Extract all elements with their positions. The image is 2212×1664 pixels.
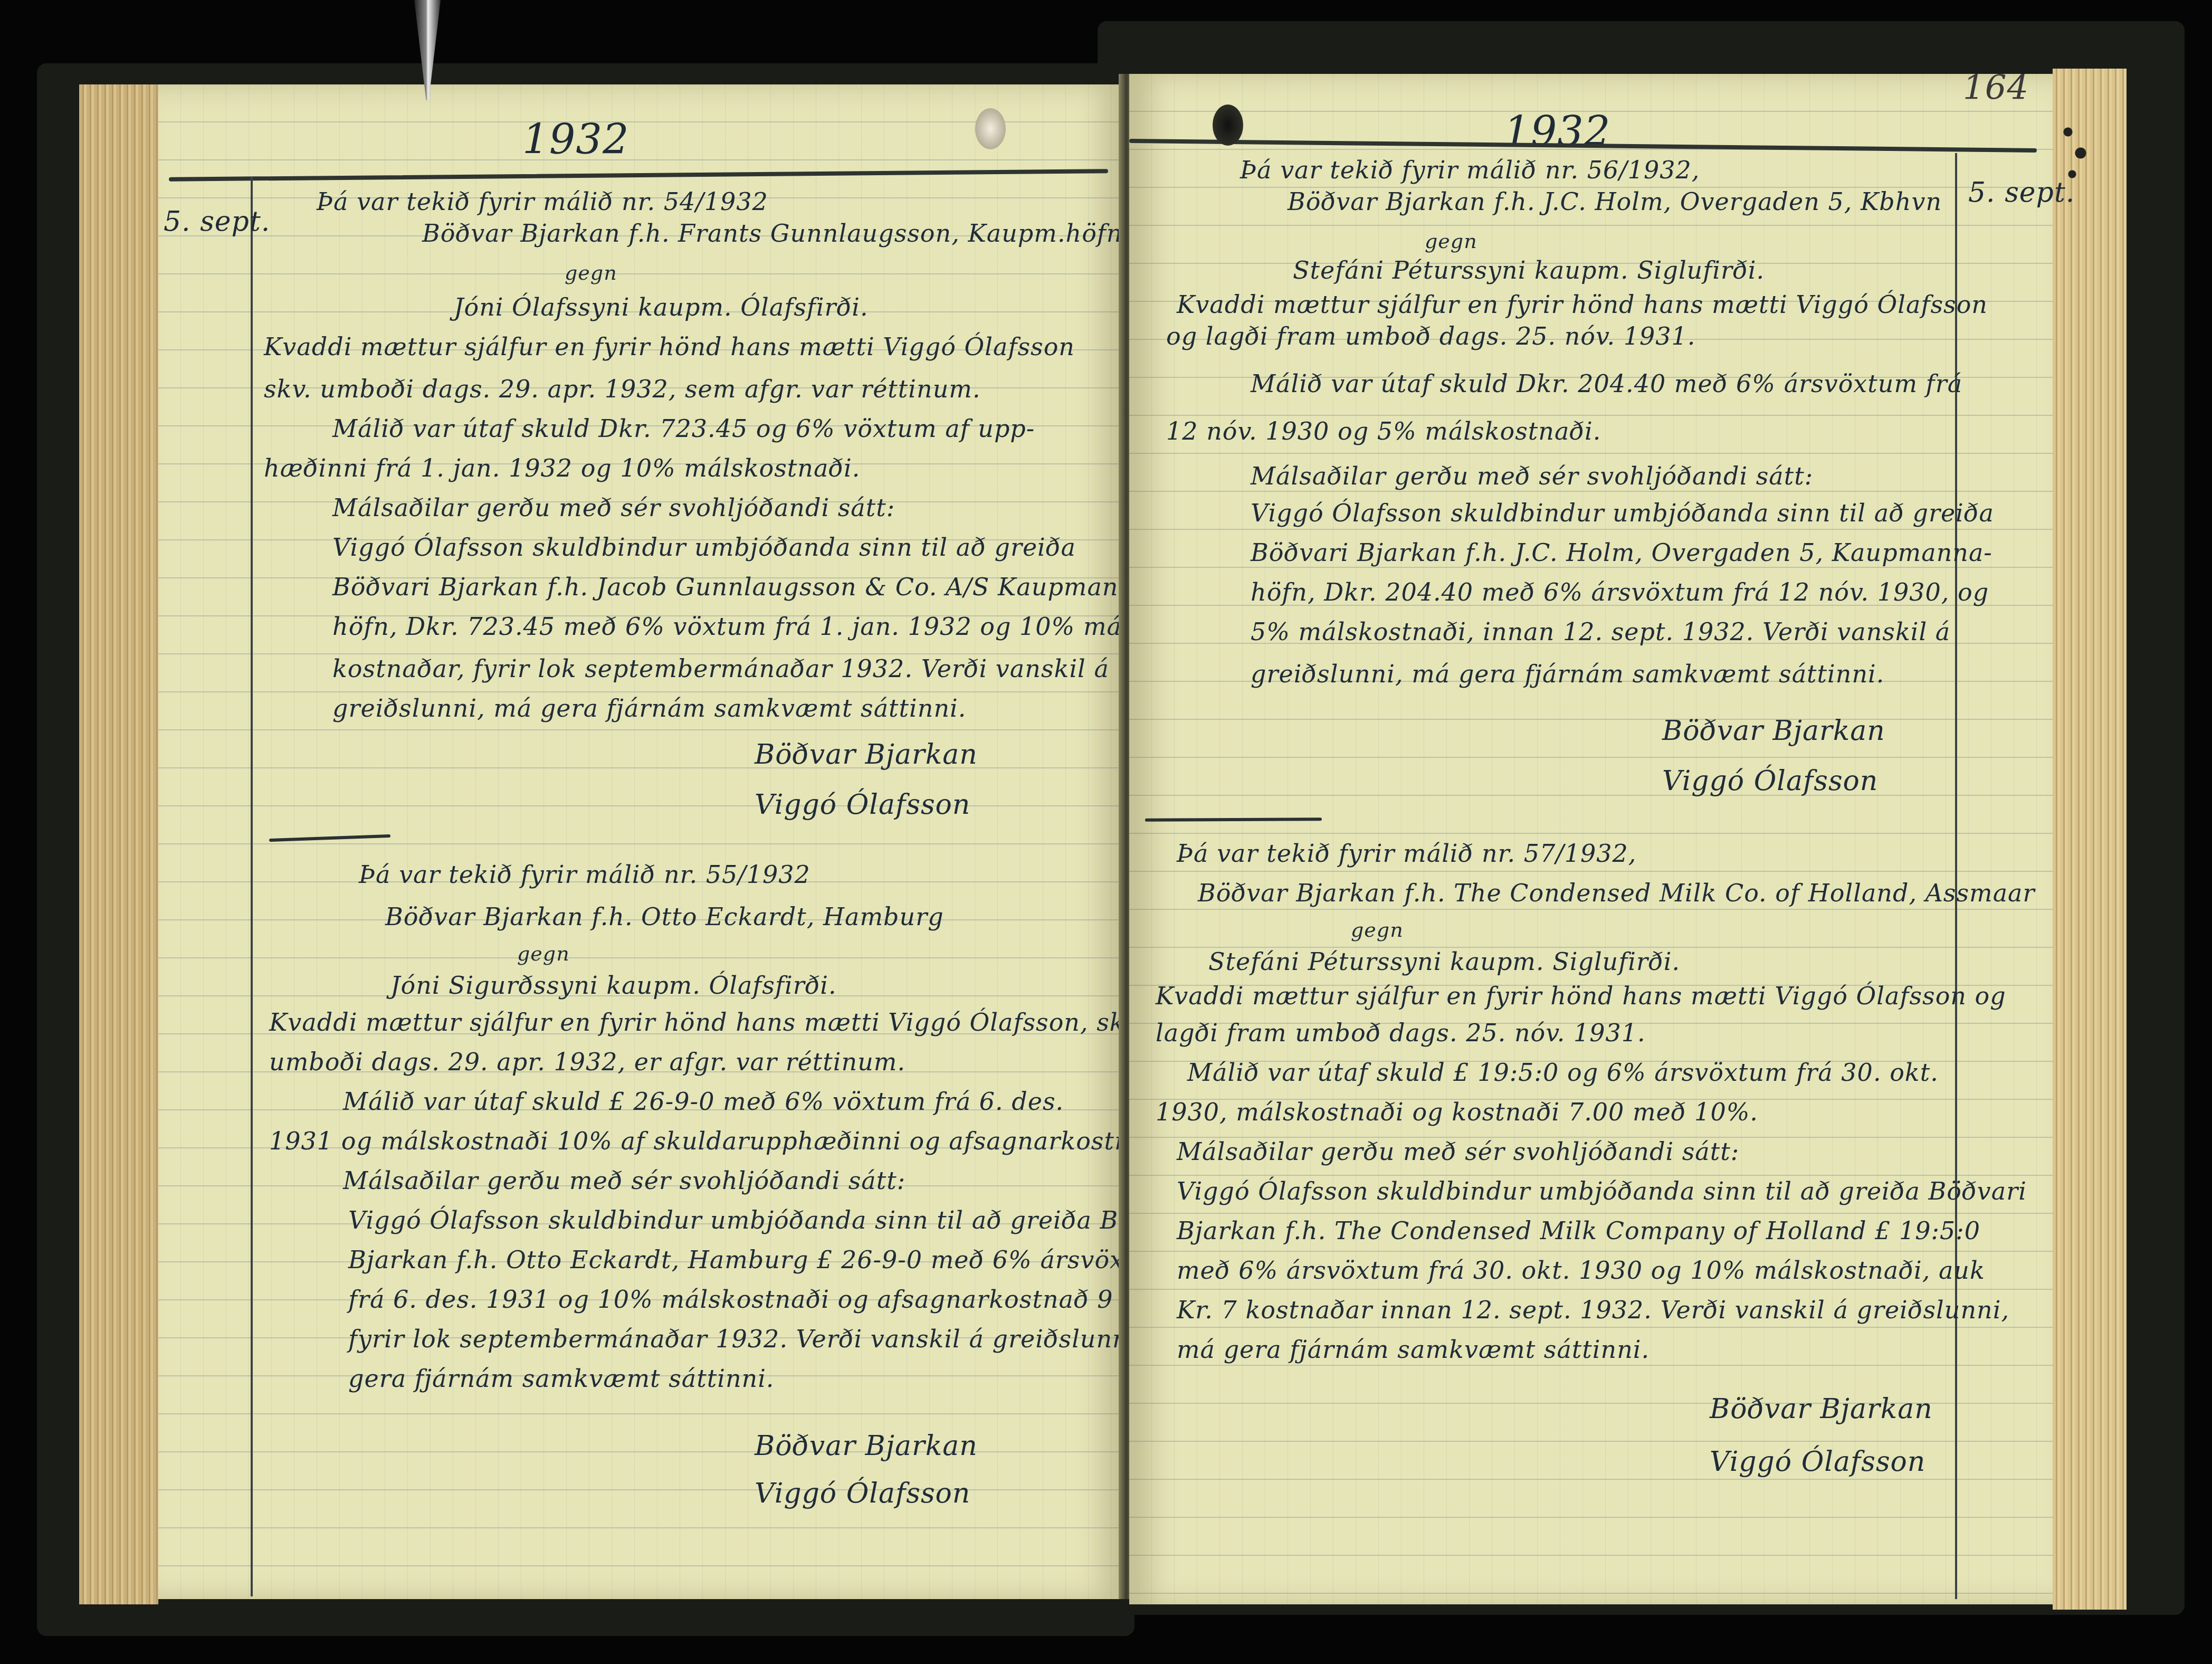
- gegn-label: gegn: [565, 261, 617, 284]
- body-line: Málsaðilar gerðu með sér svohljóðandi sá…: [1251, 462, 1813, 490]
- body-line: Böðvari Bjarkan f.h. Jacob Gunnlaugsson …: [332, 573, 1158, 601]
- parties-line: Böðvar Bjarkan f.h. J.C. Holm, Overgaden…: [1288, 187, 1942, 216]
- body-line: fyrir lok septembermánaðar 1932. Verði v…: [348, 1325, 1192, 1353]
- signature-viggo-olafsson: Viggó Ólafsson: [1662, 765, 1878, 797]
- signature-viggo-olafsson: Viggó Ólafsson: [755, 1478, 970, 1509]
- body-line: greiðslunni, má gera fjárnám samkvæmt sá…: [332, 694, 966, 722]
- body-line: og lagði fram umboð dags. 25. nóv. 1931.: [1166, 322, 1695, 350]
- body-line: Viggó Ólafsson skuldbindur umbjóðanda si…: [1251, 499, 1994, 527]
- gegn-label: gegn: [1351, 918, 1404, 942]
- body-line: frá 6. des. 1931 og 10% málskostnaði og …: [348, 1285, 1214, 1314]
- right-page: 164 1932 5. sept. Þá var tekið fyrir mál…: [1129, 74, 2053, 1604]
- body-line: Málsaðilar gerðu með sér svohljóðandi sá…: [1177, 1137, 1739, 1166]
- body-line: höfn, Dkr. 723.45 með 6% vöxtum frá 1. j…: [332, 612, 1139, 641]
- signature-bodvar-bjarkan: Böðvar Bjarkan: [1662, 715, 1885, 747]
- signature-bodvar-bjarkan: Böðvar Bjarkan: [755, 1430, 978, 1462]
- gegn-label: gegn: [1425, 230, 1477, 253]
- entry-separator: [1145, 817, 1322, 822]
- left-page-year: 1932: [522, 116, 630, 164]
- body-line: umboði dags. 29. apr. 1932, er afgr. var…: [269, 1048, 905, 1076]
- signature-viggo-olafsson: Viggó Ólafsson: [1710, 1446, 1925, 1478]
- body-line: Kr. 7 kostnaðar innan 12. sept. 1932. Ve…: [1177, 1296, 2009, 1324]
- date-margin: 5. sept.: [164, 206, 270, 237]
- punch-hole-right: [1213, 104, 1243, 146]
- body-line: 12 nóv. 1930 og 5% málskostnaði.: [1166, 417, 1601, 445]
- body-line: 1931 og málskostnaði 10% af skuldarupphæ…: [269, 1127, 1226, 1155]
- punch-hole-left: [975, 108, 1006, 149]
- body-line: Viggó Ólafsson skuldbindur umbjóðanda si…: [1177, 1177, 2027, 1205]
- date-margin: 5. sept.: [1968, 177, 2075, 208]
- body-line: skv. umboði dags. 29. apr. 1932, sem afg…: [264, 375, 981, 403]
- body-line: gera fjárnám samkvæmt sáttinni.: [348, 1364, 774, 1393]
- header-rule: [169, 169, 1108, 182]
- parties-line: Böðvar Bjarkan f.h. Otto Eckardt, Hambur…: [385, 902, 944, 931]
- body-line: Bjarkan f.h. The Condensed Milk Company …: [1177, 1216, 1980, 1245]
- signature-viggo-olafsson: Viggó Ólafsson: [755, 789, 970, 821]
- right-page-year: 1932: [1504, 108, 1611, 156]
- body-line: höfn, Dkr. 204.40 með 6% ársvöxtum frá 1…: [1251, 578, 1989, 606]
- body-line: lagði fram umboð dags. 25. nóv. 1931.: [1156, 1019, 1646, 1047]
- body-line: Málið var útaf skuld £ 19:5:0 og 6% ársv…: [1187, 1058, 1939, 1087]
- body-line: með 6% ársvöxtum frá 30. okt. 1930 og 10…: [1177, 1256, 1985, 1285]
- margin-rule: [251, 177, 253, 1596]
- body-line: greiðslunni, má gera fjárnám samkvæmt sá…: [1251, 660, 1884, 688]
- signature-bodvar-bjarkan: Böðvar Bjarkan: [755, 739, 978, 771]
- case-heading: Þá var tekið fyrir málið nr. 56/1932,: [1240, 156, 1700, 184]
- body-line: Bjarkan f.h. Otto Eckardt, Hamburg £ 26-…: [348, 1245, 1174, 1274]
- body-line: Böðvari Bjarkan f.h. J.C. Holm, Overgade…: [1251, 538, 1992, 567]
- body-line: Kvaddi mættur sjálfur en fyrir hönd hans…: [269, 1008, 1145, 1037]
- case-heading: Þá var tekið fyrir málið nr. 57/1932,: [1177, 839, 1636, 868]
- case-heading: Þá var tekið fyrir málið nr. 54/1932: [317, 187, 768, 216]
- body-line: kostnaðar, fyrir lok septembermánaðar 19…: [332, 654, 1109, 683]
- body-line: Viggó Ólafsson skuldbindur umbjóðanda si…: [332, 533, 1076, 562]
- body-line: Málið var útaf skuld Dkr. 204.40 með 6% …: [1251, 369, 1962, 398]
- body-line: Kvaddi mættur sjálfur en fyrir hönd hans…: [1156, 982, 2006, 1010]
- body-line: Málið var útaf skuld Dkr. 723.45 og 6% v…: [332, 414, 1035, 443]
- body-line: Málsaðilar gerðu með sér svohljóðandi sá…: [343, 1166, 905, 1195]
- body-line: Viggó Ólafsson skuldbindur umbjóðanda si…: [348, 1206, 1198, 1234]
- body-line: hæðinni frá 1. jan. 1932 og 10% málskost…: [264, 454, 860, 482]
- parties-line: Böðvar Bjarkan f.h. The Condensed Milk C…: [1198, 879, 2035, 907]
- body-line: Málsaðilar gerðu með sér svohljóðandi sá…: [332, 493, 895, 522]
- page-edges-left: [79, 84, 158, 1604]
- body-line: Kvaddi mættur sjálfur en fyrir hönd hans…: [264, 332, 1075, 361]
- body-line: má gera fjárnám samkvæmt sáttinni.: [1177, 1335, 1650, 1364]
- signature-bodvar-bjarkan: Böðvar Bjarkan: [1710, 1393, 1933, 1425]
- defendant-line: Stefáni Péturssyni kaupm. Siglufirði.: [1208, 947, 1680, 976]
- defendant-line: Jóni Ólafssyni kaupm. Ólafsfirði.: [454, 293, 869, 321]
- body-line: Kvaddi mættur sjálfur en fyrir hönd hans…: [1177, 290, 1988, 319]
- page-edges-right: [2053, 69, 2127, 1610]
- body-line: 5% málskostnaði, innan 12. sept. 1932. V…: [1251, 617, 1950, 646]
- entry-separator: [269, 834, 390, 842]
- parties-line: Böðvar Bjarkan f.h. Frants Gunnlaugsson,…: [422, 219, 1122, 248]
- gegn-label: gegn: [517, 942, 570, 965]
- case-heading: Þá var tekið fyrir málið nr. 55/1932: [359, 860, 811, 889]
- defendant-line: Jóni Sigurðssyni kaupm. Ólafsfirði.: [390, 971, 837, 1000]
- body-line: 1930, málskostnaði og kostnaði 7.00 með …: [1156, 1098, 1758, 1126]
- defendant-line: Stefáni Péturssyni kaupm. Siglufirði.: [1293, 256, 1765, 284]
- body-line: Málið var útaf skuld £ 26-9-0 með 6% vöx…: [343, 1087, 1064, 1116]
- left-page: 1932 5. sept. Þá var tekið fyrir málið n…: [158, 84, 1124, 1599]
- page-number: 164: [1963, 69, 2029, 108]
